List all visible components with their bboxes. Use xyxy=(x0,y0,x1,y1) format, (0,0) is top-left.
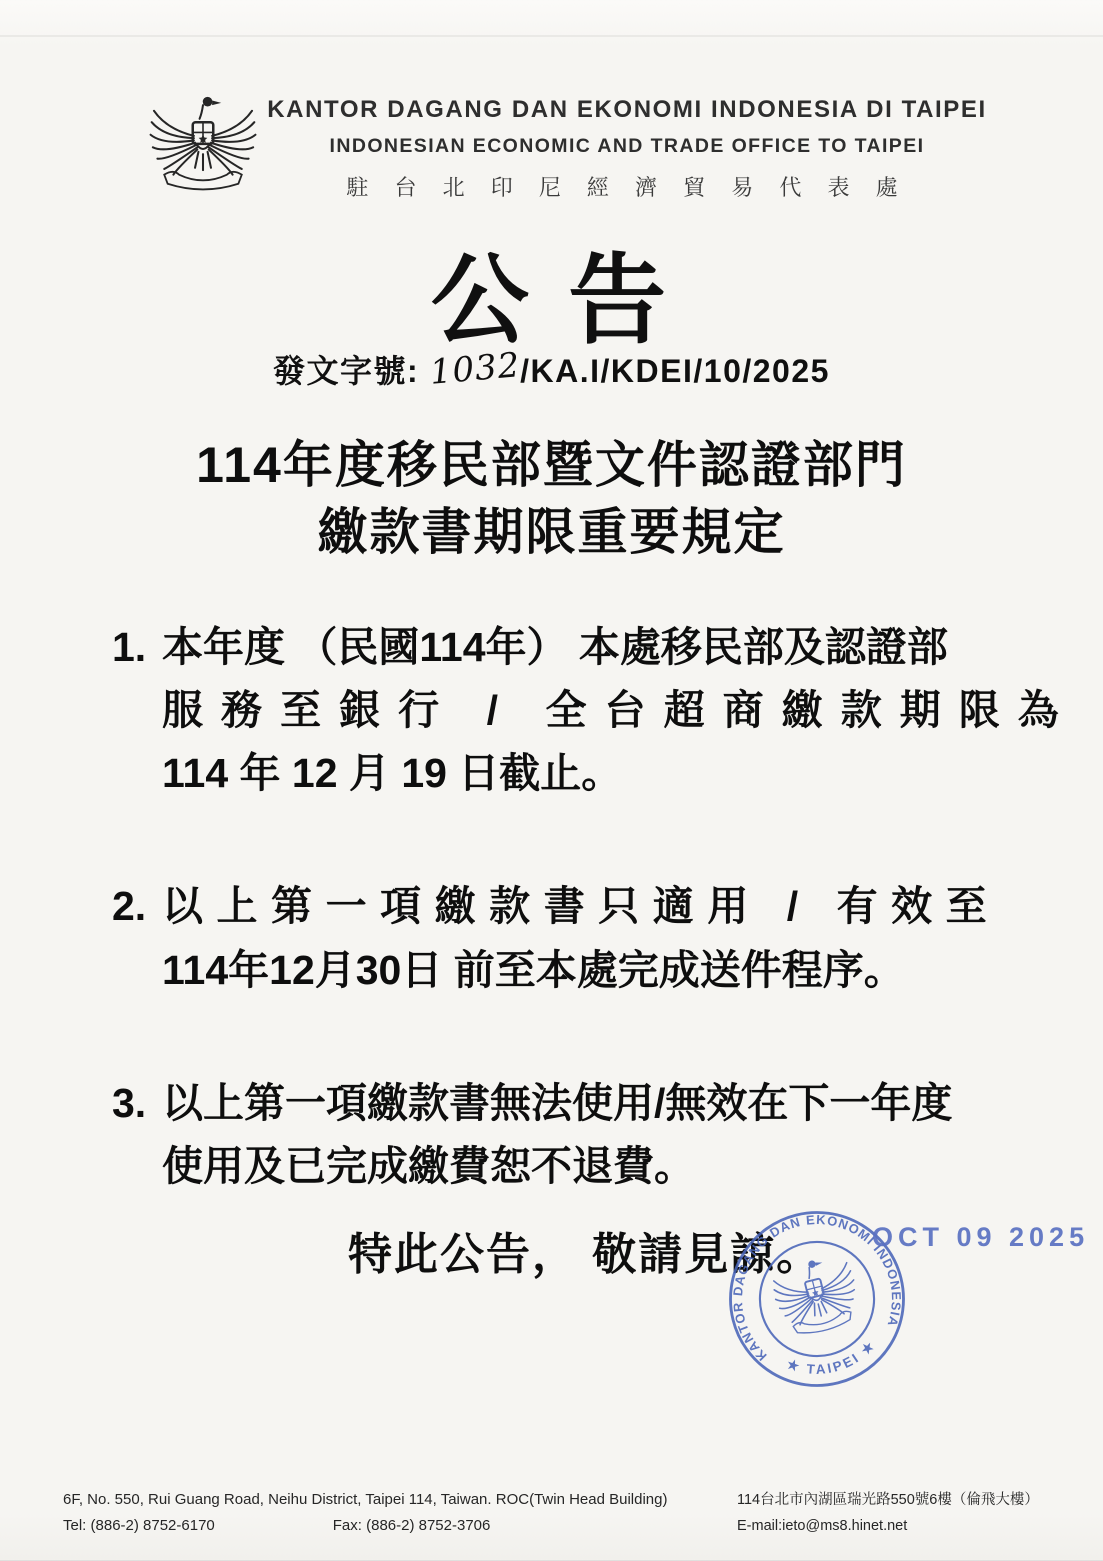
item2-line1: 以上第一項繳款書只適用 / 有效至 xyxy=(162,875,1020,938)
item1-line1: 本年度 （民國114年） 本處移民部及認證部 xyxy=(162,616,1077,679)
footer-tel: Tel: (886-2) 8752-6170 xyxy=(63,1513,215,1539)
footer-email: E-mail:ieto@ms8.hinet.net xyxy=(737,1513,1039,1539)
subtitle-line1: 114年度移民部暨文件認證部門 xyxy=(0,432,1103,499)
item3-line1: 以上第一項繳款書無法使用/無效在下一年度 xyxy=(162,1072,1020,1135)
list-item-1: 1. 本年度 （民國114年） 本處移民部及認證部 服務至銀行 / 全台超商繳款… xyxy=(112,616,1020,805)
item-number: 3. xyxy=(112,1072,162,1198)
org-name-chinese: 駐 台 北 印 尼 經 濟 貿 易 代 表 處 xyxy=(262,171,992,202)
footer-chinese: 114台北市內湖區瑞光路550號6樓（倫飛大樓） E-mail:ieto@ms8… xyxy=(737,1487,1039,1539)
footer-english: 6F, No. 550, Rui Guang Road, Neihu Distr… xyxy=(63,1487,667,1540)
regulation-list: 1. 本年度 （民國114年） 本處移民部及認證部 服務至銀行 / 全台超商繳款… xyxy=(112,616,1020,1268)
subtitle-line2: 繳款書期限重要規定 xyxy=(0,499,1103,566)
item-number: 2. xyxy=(112,875,162,1001)
item1-line3: 114 年 12 月 19 日截止。 xyxy=(162,742,1077,805)
item2-line2: 114年12月30日 前至本處完成送件程序。 xyxy=(162,939,1020,1002)
scanned-announcement-page: KANTOR DAGANG DAN EKONOMI INDONESIA DI T… xyxy=(0,0,1103,1561)
doc-number-label: 發文字號: xyxy=(273,353,419,389)
org-name-english: INDONESIAN ECONOMIC AND TRADE OFFICE TO … xyxy=(262,135,992,158)
list-item-2: 2. 以上第一項繳款書只適用 / 有效至 114年12月30日 前至本處完成送件… xyxy=(112,875,1020,1001)
scan-seam-line xyxy=(0,35,1103,37)
doc-number-handwritten: 1032 xyxy=(428,345,522,393)
garuda-pancasila-emblem-icon xyxy=(146,84,260,206)
letterhead: KANTOR DAGANG DAN EKONOMI INDONESIA DI T… xyxy=(262,96,992,202)
date-stamp: OCT 09 2025 xyxy=(872,1222,1089,1253)
item-number: 1. xyxy=(112,616,162,805)
svg-text:★ TAIPEI ★: ★ TAIPEI ★ xyxy=(782,1335,883,1387)
announcement-subtitle: 114年度移民部暨文件認證部門 繳款書期限重要規定 xyxy=(0,432,1103,565)
page-title: 公 告 xyxy=(0,222,1103,363)
org-name-indonesian: KANTOR DAGANG DAN EKONOMI INDONESIA DI T… xyxy=(262,96,992,124)
stamp-bottom-text: ★ TAIPEI ★ xyxy=(782,1335,883,1387)
footer-fax: Fax: (886-2) 8752-3706 xyxy=(333,1513,491,1539)
footer-address-en: 6F, No. 550, Rui Guang Road, Neihu Distr… xyxy=(63,1487,667,1513)
item1-line2: 服務至銀行 / 全台超商繳款期限為 xyxy=(162,679,1077,742)
document-number-line: 發文字號: 1032/KA.I/KDEI/10/2025 xyxy=(0,346,1103,392)
stamp-garuda-icon xyxy=(769,1252,864,1340)
doc-number-printed: /KA.I/KDEI/10/2025 xyxy=(520,353,830,389)
footer-address-zh: 114台北市內湖區瑞光路550號6樓（倫飛大樓） xyxy=(737,1487,1039,1513)
